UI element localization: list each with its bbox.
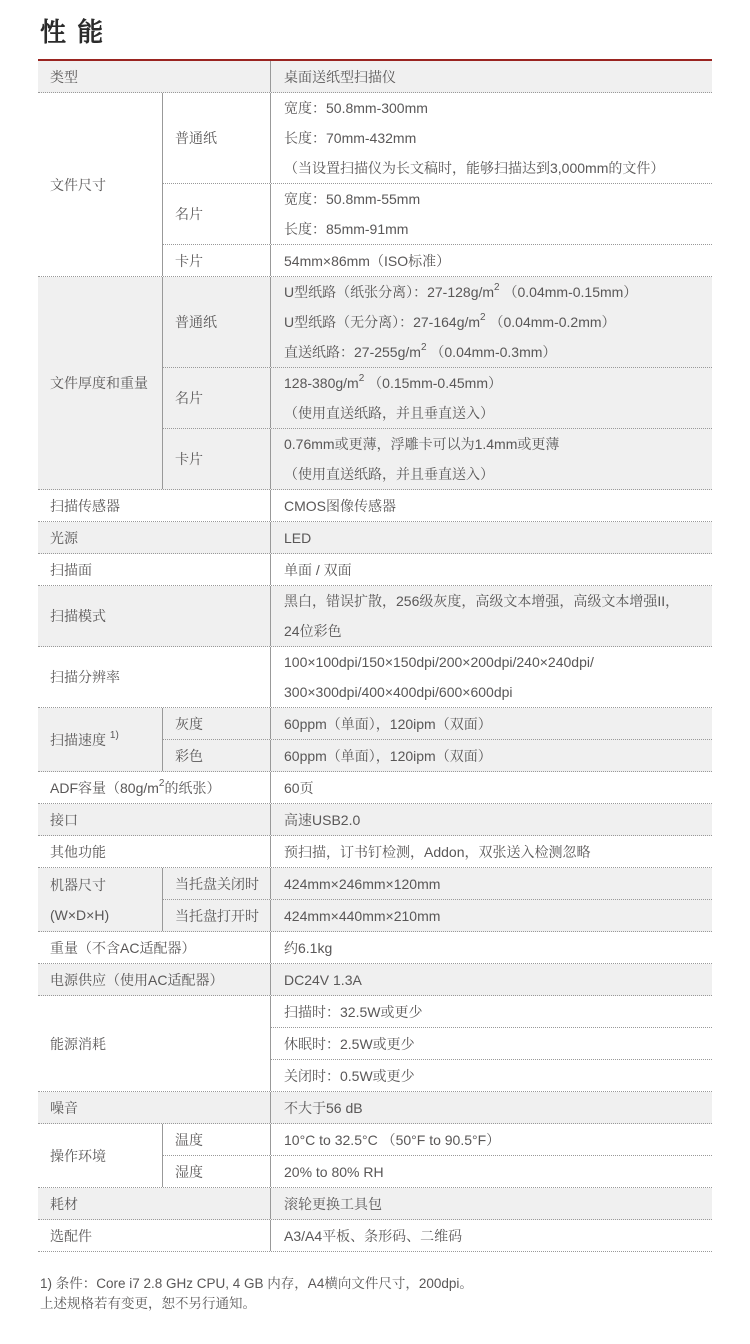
row-value: 滚轮更换工具包 (271, 1188, 712, 1219)
cell-row: A3/A4平板、条形码、二维码 (271, 1220, 712, 1251)
row-label-text: 扫描分辨率 (50, 662, 270, 692)
spec-row-type: 类型桌面送纸型扫描仪 (38, 61, 712, 93)
row-sublabel-text: 名片 (175, 199, 270, 229)
row-value: A3/A4平板、条形码、二维码 (271, 1220, 712, 1251)
spec-row-scanning-resolution: 扫描分辨率100×100dpi/150×150dpi/200×200dpi/24… (38, 647, 712, 708)
row-label: 光源 (38, 522, 270, 553)
row-sublabel-text: 彩色 (175, 741, 270, 771)
row-value-text: 424mm×246mm×120mm (284, 869, 712, 899)
row-label: 扫描面 (38, 554, 270, 585)
row-value: 黑白，错误扩散，256级灰度，高级文本增强，高级文本增强II，24位彩色 (271, 586, 712, 646)
row-value-text: 长度：85mm-91mm (284, 214, 712, 244)
spec-row-scanning-sensor: 扫描传感器CMOS图像传感器 (38, 490, 712, 522)
row-sublabel: 普通纸 (163, 277, 270, 367)
row-sublabel: 卡片 (163, 245, 270, 276)
row-cells: LED (270, 522, 712, 553)
spec-row-interface: 接口高速USB2.0 (38, 804, 712, 836)
cell-row: 高速USB2.0 (271, 804, 712, 835)
row-value: 60页 (271, 772, 712, 803)
row-value-text: 桌面送纸型扫描仪 (284, 62, 712, 92)
cell-row: 桌面送纸型扫描仪 (271, 61, 712, 92)
row-label-text: 扫描面 (50, 555, 270, 585)
spec-row-other-functions: 其他功能预扫描，订书钉检测，Addon，双张送入检测忽略 (38, 836, 712, 868)
row-value: LED (271, 522, 712, 553)
row-value-text: 54mm×86mm（ISO标准） (284, 246, 712, 276)
row-value-text: 424mm×440mm×210mm (284, 901, 712, 931)
row-sublabel-text: 普通纸 (175, 123, 270, 153)
cell-row: 卡片54mm×86mm（ISO标准） (163, 244, 712, 276)
row-label: 选配件 (38, 1220, 270, 1251)
row-value: 单面 / 双面 (271, 554, 712, 585)
row-label: 扫描速度 1) (38, 708, 162, 771)
row-cells: CMOS图像传感器 (270, 490, 712, 521)
row-label: 其他功能 (38, 836, 270, 867)
cell-row: CMOS图像传感器 (271, 490, 712, 521)
row-cells: 扫描时：32.5W或更少休眠时：2.5W或更少关闭时：0.5W或更少 (270, 996, 712, 1091)
row-value-text: 128-380g/m2 （0.15mm-0.45mm） (284, 368, 712, 398)
cell-row: 温度10°C to 32.5°C （50°F to 90.5°F） (163, 1124, 712, 1155)
spec-row-document-size: 文件尺寸普通纸宽度：50.8mm-300mm长度：70mm-432mm（当设置扫… (38, 93, 712, 277)
row-label-text: 重量（不含AC适配器） (50, 933, 270, 963)
row-value: 预扫描，订书钉检测，Addon，双张送入检测忽略 (271, 836, 712, 867)
spec-row-scanning-speed: 扫描速度 1)灰度60ppm（单面），120ipm（双面）彩色60ppm（单面）… (38, 708, 712, 772)
cell-row: 普通纸宽度：50.8mm-300mm长度：70mm-432mm（当设置扫描仪为长… (163, 93, 712, 183)
row-sublabel-text: 温度 (175, 1125, 270, 1155)
row-label: 扫描分辨率 (38, 647, 270, 707)
row-sublabel: 灰度 (163, 708, 270, 739)
row-sublabel: 名片 (163, 368, 270, 428)
row-value-text: 0.76mm或更薄，浮雕卡可以为1.4mm或更薄 (284, 429, 712, 459)
cell-row: 扫描时：32.5W或更少 (271, 996, 712, 1027)
row-label-text: 机器尺寸 (50, 870, 162, 900)
row-value: 60ppm（单面），120ipm（双面） (270, 740, 712, 771)
row-cells: A3/A4平板、条形码、二维码 (270, 1220, 712, 1251)
row-sublabel: 湿度 (163, 1156, 270, 1187)
cell-row: 当托盘关闭时424mm×246mm×120mm (163, 868, 712, 899)
cell-row: 关闭时：0.5W或更少 (271, 1059, 712, 1091)
row-value: 424mm×246mm×120mm (270, 868, 712, 899)
row-label-text: 电源供应（使用AC适配器） (50, 965, 270, 995)
row-value: 424mm×440mm×210mm (270, 900, 712, 931)
spec-row-noise: 噪音不大于56 dB (38, 1092, 712, 1124)
row-value-text: 100×100dpi/150×150dpi/200×200dpi/240×240… (284, 647, 712, 677)
spec-row-consumables: 耗材滚轮更换工具包 (38, 1188, 712, 1220)
row-cells: 灰度60ppm（单面），120ipm（双面）彩色60ppm（单面），120ipm… (162, 708, 712, 771)
cell-row: 60页 (271, 772, 712, 803)
footnotes: 1) 条件：Core i7 2.8 GHz CPU, 4 GB 内存，A4横向文… (40, 1274, 712, 1314)
row-cells: 普通纸U型纸路（纸张分离）：27-128g/m2 （0.04mm-0.15mm）… (162, 277, 712, 489)
cell-row: 100×100dpi/150×150dpi/200×200dpi/240×240… (271, 647, 712, 707)
spec-row-scanning-mode: 扫描模式黑白，错误扩散，256级灰度，高级文本增强，高级文本增强II，24位彩色 (38, 586, 712, 647)
row-value-text: A3/A4平板、条形码、二维码 (284, 1221, 712, 1251)
row-cells: 桌面送纸型扫描仪 (270, 61, 712, 92)
cell-row: LED (271, 522, 712, 553)
row-value-text: LED (284, 523, 712, 553)
row-sublabel: 卡片 (163, 429, 270, 489)
row-cells: 当托盘关闭时424mm×246mm×120mm当托盘打开时424mm×440mm… (162, 868, 712, 931)
row-value: 54mm×86mm（ISO标准） (270, 245, 712, 276)
cell-row: 预扫描，订书钉检测，Addon，双张送入检测忽略 (271, 836, 712, 867)
row-value: CMOS图像传感器 (271, 490, 712, 521)
row-cells: 单面 / 双面 (270, 554, 712, 585)
spec-row-power-consumption: 能源消耗扫描时：32.5W或更少休眠时：2.5W或更少关闭时：0.5W或更少 (38, 996, 712, 1092)
row-value-text: （当设置扫描仪为长文稿时，能够扫描达到3,000mm的文件） (284, 153, 712, 183)
row-value-text: U型纸路（无分离）：27-164g/m2 （0.04mm-0.2mm） (284, 307, 712, 337)
row-value: 约6.1kg (271, 932, 712, 963)
row-value-text: （使用直送纸路，并且垂直送入） (284, 398, 712, 428)
cell-row: 不大于56 dB (271, 1092, 712, 1123)
row-value-text: 高速USB2.0 (284, 805, 712, 835)
footnote-1: 1) 条件：Core i7 2.8 GHz CPU, 4 GB 内存，A4横向文… (40, 1274, 712, 1294)
row-label: 文件尺寸 (38, 93, 162, 276)
row-sublabel: 当托盘关闭时 (163, 868, 270, 899)
row-cells: 黑白，错误扩散，256级灰度，高级文本增强，高级文本增强II，24位彩色 (270, 586, 712, 646)
cell-row: 名片宽度：50.8mm-55mm长度：85mm-91mm (163, 183, 712, 244)
row-value: 宽度：50.8mm-55mm长度：85mm-91mm (270, 184, 712, 244)
page-title: 性 能 (40, 12, 712, 49)
row-label: 操作环境 (38, 1124, 162, 1187)
row-value-text: 10°C to 32.5°C （50°F to 90.5°F） (284, 1125, 712, 1155)
row-label: 机器尺寸(W×D×H) (38, 868, 162, 931)
row-sublabel-text: 灰度 (175, 709, 270, 739)
row-value-text: 黑白，错误扩散，256级灰度，高级文本增强，高级文本增强II， (284, 586, 712, 616)
row-cells: 高速USB2.0 (270, 804, 712, 835)
cell-row: 当托盘打开时424mm×440mm×210mm (163, 899, 712, 931)
row-value: DC24V 1.3A (271, 964, 712, 995)
row-label-text: 文件尺寸 (50, 170, 162, 200)
row-value-text: 20% to 80% RH (284, 1157, 712, 1187)
row-sublabel-text: 湿度 (175, 1157, 270, 1187)
row-label-text: 光源 (50, 523, 270, 553)
row-value-text: 60ppm（单面），120ipm（双面） (284, 709, 712, 739)
cell-row: 湿度20% to 80% RH (163, 1155, 712, 1187)
cell-row: DC24V 1.3A (271, 964, 712, 995)
row-value-text: 单面 / 双面 (284, 555, 712, 585)
cell-row: 单面 / 双面 (271, 554, 712, 585)
spec-row-adf-capacity: ADF容量（80g/m2的纸张）60页 (38, 772, 712, 804)
cell-row: 灰度60ppm（单面），120ipm（双面） (163, 708, 712, 739)
cell-row: 休眠时：2.5W或更少 (271, 1027, 712, 1059)
cell-row: 滚轮更换工具包 (271, 1188, 712, 1219)
row-label-text: (W×D×H) (50, 900, 162, 930)
row-value-text: 宽度：50.8mm-300mm (284, 93, 712, 123)
row-label-text: 耗材 (50, 1189, 270, 1219)
row-value-text: 不大于56 dB (284, 1093, 712, 1123)
row-label-text: 类型 (50, 62, 270, 92)
row-value-text: 约6.1kg (284, 933, 712, 963)
row-value-text: 扫描时：32.5W或更少 (284, 997, 712, 1027)
row-value: 128-380g/m2 （0.15mm-0.45mm）（使用直送纸路，并且垂直送… (270, 368, 712, 428)
row-label: 类型 (38, 61, 270, 92)
row-cells: 滚轮更换工具包 (270, 1188, 712, 1219)
row-cells: 预扫描，订书钉检测，Addon，双张送入检测忽略 (270, 836, 712, 867)
cell-row: 约6.1kg (271, 932, 712, 963)
spec-row-document-thickness-weight: 文件厚度和重量普通纸U型纸路（纸张分离）：27-128g/m2 （0.04mm-… (38, 277, 712, 490)
spec-row-weight: 重量（不含AC适配器）约6.1kg (38, 932, 712, 964)
row-value-text: 直送纸路：27-255g/m2 （0.04mm-0.3mm） (284, 337, 712, 367)
row-label-text: 文件厚度和重量 (50, 368, 162, 398)
row-cells: 100×100dpi/150×150dpi/200×200dpi/240×240… (270, 647, 712, 707)
row-value: 扫描时：32.5W或更少 (271, 996, 712, 1027)
row-sublabel: 彩色 (163, 740, 270, 771)
row-value: 10°C to 32.5°C （50°F to 90.5°F） (270, 1124, 712, 1155)
cell-row: 彩色60ppm（单面），120ipm（双面） (163, 739, 712, 771)
footnote-2: 上述规格若有变更，恕不另行通知。 (40, 1294, 712, 1314)
row-sublabel-text: 卡片 (175, 246, 270, 276)
row-cells: 约6.1kg (270, 932, 712, 963)
row-value-text: 60ppm（单面），120ipm（双面） (284, 741, 712, 771)
row-sublabel: 普通纸 (163, 93, 270, 183)
spec-row-power-supply: 电源供应（使用AC适配器）DC24V 1.3A (38, 964, 712, 996)
row-label-text: 扫描模式 (50, 601, 270, 631)
row-label: 文件厚度和重量 (38, 277, 162, 489)
row-value: U型纸路（纸张分离）：27-128g/m2 （0.04mm-0.15mm）U型纸… (270, 277, 712, 367)
row-label-text: 接口 (50, 805, 270, 835)
row-label: 扫描模式 (38, 586, 270, 646)
cell-row: 黑白，错误扩散，256级灰度，高级文本增强，高级文本增强II，24位彩色 (271, 586, 712, 646)
row-value-text: 宽度：50.8mm-55mm (284, 184, 712, 214)
row-sublabel: 温度 (163, 1124, 270, 1155)
row-label: 重量（不含AC适配器） (38, 932, 270, 963)
row-value-text: 休眠时：2.5W或更少 (284, 1029, 712, 1059)
row-value-text: （使用直送纸路，并且垂直送入） (284, 459, 712, 489)
spec-table: 类型桌面送纸型扫描仪文件尺寸普通纸宽度：50.8mm-300mm长度：70mm-… (38, 59, 712, 1252)
row-sublabel-text: 当托盘关闭时 (175, 869, 270, 899)
spec-row-scanning-side: 扫描面单面 / 双面 (38, 554, 712, 586)
row-value-text: 60页 (284, 773, 712, 803)
row-sublabel-text: 普通纸 (175, 307, 270, 337)
row-label: ADF容量（80g/m2的纸张） (38, 772, 270, 803)
spec-page: 性 能 类型桌面送纸型扫描仪文件尺寸普通纸宽度：50.8mm-300mm长度：7… (0, 0, 750, 1344)
row-label-text: 操作环境 (50, 1141, 162, 1171)
spec-row-operating-environment: 操作环境温度10°C to 32.5°C （50°F to 90.5°F）湿度2… (38, 1124, 712, 1188)
row-label: 扫描传感器 (38, 490, 270, 521)
row-label-text: 扫描传感器 (50, 491, 270, 521)
row-value-text: CMOS图像传感器 (284, 491, 712, 521)
row-sublabel: 名片 (163, 184, 270, 244)
row-value: 60ppm（单面），120ipm（双面） (270, 708, 712, 739)
row-sublabel-text: 当托盘打开时 (175, 901, 270, 931)
row-label: 接口 (38, 804, 270, 835)
row-value: 关闭时：0.5W或更少 (271, 1060, 712, 1091)
row-label: 能源消耗 (38, 996, 270, 1091)
cell-row: 普通纸U型纸路（纸张分离）：27-128g/m2 （0.04mm-0.15mm）… (163, 277, 712, 367)
cell-row: 卡片0.76mm或更薄，浮雕卡可以为1.4mm或更薄（使用直送纸路，并且垂直送入… (163, 428, 712, 489)
row-value-text: 滚轮更换工具包 (284, 1189, 712, 1219)
row-label-text: 其他功能 (50, 837, 270, 867)
row-label: 耗材 (38, 1188, 270, 1219)
row-label-text: 能源消耗 (50, 1029, 270, 1059)
row-value-text: U型纸路（纸张分离）：27-128g/m2 （0.04mm-0.15mm） (284, 277, 712, 307)
row-cells: 普通纸宽度：50.8mm-300mm长度：70mm-432mm（当设置扫描仪为长… (162, 93, 712, 276)
row-label: 电源供应（使用AC适配器） (38, 964, 270, 995)
row-cells: DC24V 1.3A (270, 964, 712, 995)
row-value: 20% to 80% RH (270, 1156, 712, 1187)
row-label-text: 扫描速度 1) (50, 725, 162, 755)
spec-row-options: 选配件A3/A4平板、条形码、二维码 (38, 1220, 712, 1252)
row-label-text: 选配件 (50, 1221, 270, 1251)
spec-row-light-source: 光源LED (38, 522, 712, 554)
row-label-text: 噪音 (50, 1093, 270, 1123)
row-cells: 温度10°C to 32.5°C （50°F to 90.5°F）湿度20% t… (162, 1124, 712, 1187)
row-value: 宽度：50.8mm-300mm长度：70mm-432mm（当设置扫描仪为长文稿时… (270, 93, 712, 183)
row-value: 100×100dpi/150×150dpi/200×200dpi/240×240… (271, 647, 712, 707)
row-value-text: DC24V 1.3A (284, 965, 712, 995)
row-sublabel-text: 名片 (175, 383, 270, 413)
row-value-text: 24位彩色 (284, 616, 712, 646)
row-sublabel-text: 卡片 (175, 444, 270, 474)
row-value: 高速USB2.0 (271, 804, 712, 835)
row-sublabel: 当托盘打开时 (163, 900, 270, 931)
row-value: 不大于56 dB (271, 1092, 712, 1123)
row-label-text: ADF容量（80g/m2的纸张） (50, 773, 270, 803)
spec-row-dimensions: 机器尺寸(W×D×H)当托盘关闭时424mm×246mm×120mm当托盘打开时… (38, 868, 712, 932)
row-value: 桌面送纸型扫描仪 (271, 61, 712, 92)
row-value-text: 关闭时：0.5W或更少 (284, 1061, 712, 1091)
row-label: 噪音 (38, 1092, 270, 1123)
cell-row: 名片128-380g/m2 （0.15mm-0.45mm）（使用直送纸路，并且垂… (163, 367, 712, 428)
row-value-text: 长度：70mm-432mm (284, 123, 712, 153)
row-cells: 不大于56 dB (270, 1092, 712, 1123)
row-value-text: 预扫描，订书钉检测，Addon，双张送入检测忽略 (284, 837, 712, 867)
row-cells: 60页 (270, 772, 712, 803)
row-value: 休眠时：2.5W或更少 (271, 1028, 712, 1059)
row-value: 0.76mm或更薄，浮雕卡可以为1.4mm或更薄（使用直送纸路，并且垂直送入） (270, 429, 712, 489)
row-value-text: 300×300dpi/400×400dpi/600×600dpi (284, 677, 712, 707)
